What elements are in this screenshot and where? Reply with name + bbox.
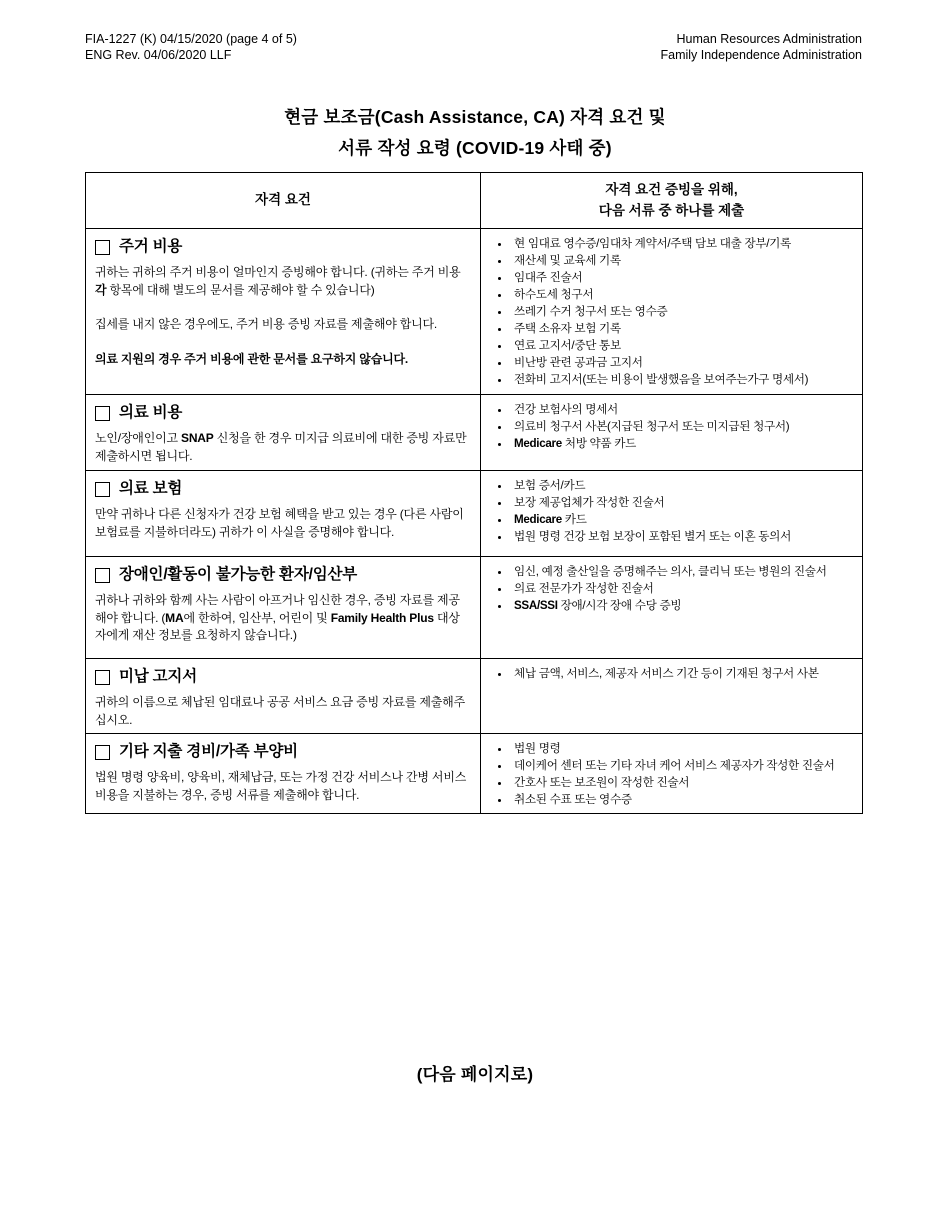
requirement-paragraph: 법원 명령 양육비, 양육비, 재체납금, 또는 가정 건강 서비스나 간병 서… — [95, 769, 470, 805]
document-item: 전화비 고지서(또는 비용이 발생했음을 보여주는가구 명세서) — [511, 372, 856, 388]
table-row-medical-insurance: 의료 보험만약 귀하나 다른 신청자가 건강 보험 혜택을 받고 있는 경우 (… — [86, 471, 863, 557]
document-item: 임대주 진술서 — [511, 270, 856, 286]
text-segment: 주택 소유자 보험 기록 — [514, 322, 621, 335]
row-heading-label: 의료 보험 — [119, 478, 182, 501]
document-item: 하수도세 청구서 — [511, 287, 856, 303]
text-segment: 에 한하여, 임산부, 어린이 및 — [183, 611, 330, 625]
text-segment: 장애/시각 장애 수당 증빙 — [558, 599, 682, 612]
column-header-requirements: 자격 요건 — [86, 173, 481, 229]
document-list: 체납 금액, 서비스, 제공자 서비스 기간 등이 기재된 청구서 사본 — [481, 666, 856, 682]
column-header-documents-line1: 자격 요건 증빙을 위해, — [481, 180, 862, 200]
table-row-medical-costs: 의료 비용노인/장애인이고 SNAP 신청을 한 경우 미지급 의료비에 대한 … — [86, 395, 863, 471]
row-heading: 주거 비용 — [95, 236, 470, 259]
document-list: 법원 명령데이케어 센터 또는 기타 자녀 케어 서비스 제공자가 작성한 진술… — [481, 741, 856, 808]
row-heading-label: 의료 비용 — [119, 402, 182, 425]
documents-cell-housing-costs: 현 임대료 영수증/임대차 계약서/주택 담보 대출 장부/기록재산세 및 교육… — [481, 229, 863, 395]
text-segment: 연료 고지서/중단 통보 — [514, 339, 621, 352]
form-number: FIA-1227 (K) 04/15/2020 (page 4 of 5) — [85, 32, 297, 48]
document-item: 체납 금액, 서비스, 제공자 서비스 기간 등이 기재된 청구서 사본 — [511, 666, 856, 682]
document-item: 의료 전문가가 작성한 진술서 — [511, 581, 856, 597]
document-page: FIA-1227 (K) 04/15/2020 (page 4 of 5) EN… — [0, 0, 950, 1230]
medical-insurance-checkbox[interactable] — [95, 482, 110, 497]
document-list: 보험 증서/카드보장 제공업체가 작성한 진술서Medicare 카드법원 명령… — [481, 478, 856, 545]
bold-text-segment: SNAP — [181, 431, 214, 445]
document-item: 쓰레기 수거 청구서 또는 영수증 — [511, 304, 856, 320]
requirement-cell-medical-costs: 의료 비용노인/장애인이고 SNAP 신청을 한 경우 미지급 의료비에 대한 … — [86, 395, 481, 471]
text-segment: 취소된 수표 또는 영수증 — [514, 793, 632, 806]
text-segment: 임신, 예정 출산일을 증명해주는 의사, 클리닉 또는 병원의 진술서 — [514, 565, 827, 578]
document-item: 간호사 또는 보조원이 작성한 진술서 — [511, 775, 856, 791]
document-item: 데이케어 센터 또는 기타 자녀 케어 서비스 제공자가 작성한 진술서 — [511, 758, 856, 774]
requirement-paragraph: 귀하는 귀하의 주거 비용이 얼마인지 증빙해야 합니다. (귀하는 주거 비용… — [95, 264, 470, 300]
text-segment: 건강 보험사의 명세서 — [514, 403, 618, 416]
text-segment: 법원 명령 건강 보험 보장이 포함된 별거 또는 이혼 동의서 — [514, 530, 791, 543]
text-segment: 노인/장애인이고 — [95, 431, 181, 445]
text-segment: 전화비 고지서(또는 비용이 발생했음을 보여주는가구 명세서) — [514, 373, 808, 386]
table-row-unpaid-bills: 미납 고지서귀하의 이름으로 체납된 임대료나 공공 서비스 요금 증빙 자료를… — [86, 659, 863, 734]
document-header: FIA-1227 (K) 04/15/2020 (page 4 of 5) EN… — [85, 32, 862, 63]
bold-text-segment: SSA/SSI — [514, 599, 558, 612]
text-segment: 쓰레기 수거 청구서 또는 영수증 — [514, 305, 667, 318]
form-revision: ENG Rev. 04/06/2020 LLF — [85, 48, 297, 64]
requirement-paragraph: 귀하의 이름으로 체납된 임대료나 공공 서비스 요금 증빙 자료를 제출해주십… — [95, 694, 470, 730]
documents-cell-other-expenses-family-support: 법원 명령데이케어 센터 또는 기타 자녀 케어 서비스 제공자가 작성한 진술… — [481, 734, 863, 814]
text-segment: 귀하의 이름으로 체납된 임대료나 공공 서비스 요금 증빙 자료를 제출해주십… — [95, 695, 465, 727]
document-item: 주택 소유자 보험 기록 — [511, 321, 856, 337]
text-segment: 체납 금액, 서비스, 제공자 서비스 기간 등이 기재된 청구서 사본 — [514, 667, 819, 680]
requirement-paragraph: 의료 지원의 경우 주거 비용에 관한 문서를 요구하지 않습니다. — [95, 351, 470, 369]
text-segment: 귀하는 귀하의 주거 비용이 얼마인지 증빙해야 합니다. (귀하는 주거 비용 — [95, 265, 461, 279]
agency-name-line2: Family Independence Administration — [660, 48, 862, 64]
requirements-table: 자격 요건 자격 요건 증빙을 위해, 다음 서류 중 하나를 제출 주거 비용… — [85, 172, 863, 814]
document-list: 건강 보험사의 명세서의료비 청구서 사본(지급된 청구서 또는 미지급된 청구… — [481, 402, 856, 452]
document-item: SSA/SSI 장애/시각 장애 수당 증빙 — [511, 598, 856, 614]
requirements-table-body: 주거 비용귀하는 귀하의 주거 비용이 얼마인지 증빙해야 합니다. (귀하는 … — [86, 229, 863, 814]
text-segment: 처방 약품 카드 — [562, 437, 636, 450]
medical-costs-checkbox[interactable] — [95, 406, 110, 421]
text-segment: 법원 명령 양육비, 양육비, 재체납금, 또는 가정 건강 서비스나 간병 서… — [95, 770, 466, 802]
text-segment: 보장 제공업체가 작성한 진술서 — [514, 496, 664, 509]
document-item: 건강 보험사의 명세서 — [511, 402, 856, 418]
document-item: 비난방 관련 공과금 고지서 — [511, 355, 856, 371]
document-item: 연료 고지서/중단 통보 — [511, 338, 856, 354]
document-item: Medicare 카드 — [511, 512, 856, 528]
text-segment: 비난방 관련 공과금 고지서 — [514, 356, 643, 369]
text-segment: 의료 전문가가 작성한 진술서 — [514, 582, 654, 595]
row-heading-label: 기타 지출 경비/가족 부양비 — [119, 741, 298, 764]
document-item: 법원 명령 — [511, 741, 856, 757]
row-heading: 의료 보험 — [95, 478, 470, 501]
table-row-other-expenses-family-support: 기타 지출 경비/가족 부양비법원 명령 양육비, 양육비, 재체납금, 또는 … — [86, 734, 863, 814]
text-segment: 보험 증서/카드 — [514, 479, 585, 492]
text-segment: 임대주 진술서 — [514, 271, 582, 284]
text-segment: 만약 귀하나 다른 신청자가 건강 보험 혜택을 받고 있는 경우 (다른 사람… — [95, 507, 464, 539]
other-expenses-family-support-checkbox[interactable] — [95, 745, 110, 760]
row-heading: 장애인/활동이 불가능한 환자/임산부 — [95, 564, 470, 587]
requirement-paragraph: 만약 귀하나 다른 신청자가 건강 보험 혜택을 받고 있는 경우 (다른 사람… — [95, 506, 470, 542]
requirement-cell-disabled-incapacitated-pregnant: 장애인/활동이 불가능한 환자/임산부귀하나 귀하와 함께 사는 사람이 아프거… — [86, 557, 481, 659]
bold-text-segment: 의료 지원의 경우 주거 비용에 관한 문서를 요구하지 않습니다. — [95, 352, 408, 366]
agency-block: Human Resources Administration Family In… — [660, 32, 862, 63]
document-item: 취소된 수표 또는 영수증 — [511, 792, 856, 808]
row-heading: 의료 비용 — [95, 402, 470, 425]
text-segment: 항목에 대해 별도의 문서를 제공해야 할 수 있습니다) — [106, 283, 374, 297]
text-segment: 간호사 또는 보조원이 작성한 진술서 — [514, 776, 689, 789]
requirement-cell-unpaid-bills: 미납 고지서귀하의 이름으로 체납된 임대료나 공공 서비스 요금 증빙 자료를… — [86, 659, 481, 734]
text-segment: 법원 명령 — [514, 742, 561, 755]
requirement-cell-housing-costs: 주거 비용귀하는 귀하의 주거 비용이 얼마인지 증빙해야 합니다. (귀하는 … — [86, 229, 481, 395]
documents-cell-medical-insurance: 보험 증서/카드보장 제공업체가 작성한 진술서Medicare 카드법원 명령… — [481, 471, 863, 557]
table-header-row: 자격 요건 자격 요건 증빙을 위해, 다음 서류 중 하나를 제출 — [86, 173, 863, 229]
documents-cell-unpaid-bills: 체납 금액, 서비스, 제공자 서비스 기간 등이 기재된 청구서 사본 — [481, 659, 863, 734]
requirement-cell-medical-insurance: 의료 보험만약 귀하나 다른 신청자가 건강 보험 혜택을 받고 있는 경우 (… — [86, 471, 481, 557]
document-item: 보장 제공업체가 작성한 진술서 — [511, 495, 856, 511]
text-segment: 하수도세 청구서 — [514, 288, 593, 301]
form-id-block: FIA-1227 (K) 04/15/2020 (page 4 of 5) EN… — [85, 32, 297, 63]
text-segment: 카드 — [562, 513, 587, 526]
disabled-incapacitated-pregnant-checkbox[interactable] — [95, 568, 110, 583]
next-page-note: (다음 페이지로) — [0, 1060, 950, 1085]
bold-text-segment: Family Health Plus — [331, 611, 434, 625]
page-title-line2: 서류 작성 요령 (COVID-19 사태 중) — [0, 133, 950, 164]
documents-cell-medical-costs: 건강 보험사의 명세서의료비 청구서 사본(지급된 청구서 또는 미지급된 청구… — [481, 395, 863, 471]
document-list: 현 임대료 영수증/임대차 계약서/주택 담보 대출 장부/기록재산세 및 교육… — [481, 236, 856, 388]
column-header-documents: 자격 요건 증빙을 위해, 다음 서류 중 하나를 제출 — [481, 173, 863, 229]
table-row-disabled-incapacitated-pregnant: 장애인/활동이 불가능한 환자/임산부귀하나 귀하와 함께 사는 사람이 아프거… — [86, 557, 863, 659]
requirement-cell-other-expenses-family-support: 기타 지출 경비/가족 부양비법원 명령 양육비, 양육비, 재체납금, 또는 … — [86, 734, 481, 814]
text-segment: 집세를 내지 않은 경우에도, 주거 비용 증빙 자료를 제출해야 합니다. — [95, 317, 437, 331]
agency-name-line1: Human Resources Administration — [660, 32, 862, 48]
text-segment: 현 임대료 영수증/임대차 계약서/주택 담보 대출 장부/기록 — [514, 237, 791, 250]
requirement-paragraph: 노인/장애인이고 SNAP 신청을 한 경우 미지급 의료비에 대한 증빙 자료… — [95, 430, 470, 466]
column-header-documents-line2: 다음 서류 중 하나를 제출 — [481, 201, 862, 221]
text-segment: 데이케어 센터 또는 기타 자녀 케어 서비스 제공자가 작성한 진술서 — [514, 759, 835, 772]
bold-text-segment: 각 — [95, 283, 106, 297]
housing-costs-checkbox[interactable] — [95, 240, 110, 255]
bold-text-segment: Medicare — [514, 513, 562, 526]
row-heading-label: 미납 고지서 — [119, 666, 197, 689]
row-heading: 미납 고지서 — [95, 666, 470, 689]
bold-text-segment: MA — [165, 611, 183, 625]
document-item: 재산세 및 교육세 기록 — [511, 253, 856, 269]
document-item: 임신, 예정 출산일을 증명해주는 의사, 클리닉 또는 병원의 진술서 — [511, 564, 856, 580]
documents-cell-disabled-incapacitated-pregnant: 임신, 예정 출산일을 증명해주는 의사, 클리닉 또는 병원의 진술서의료 전… — [481, 557, 863, 659]
row-heading-label: 장애인/활동이 불가능한 환자/임산부 — [119, 564, 357, 587]
requirement-paragraph: 집세를 내지 않은 경우에도, 주거 비용 증빙 자료를 제출해야 합니다. — [95, 316, 470, 334]
document-item: 법원 명령 건강 보험 보장이 포함된 별거 또는 이혼 동의서 — [511, 529, 856, 545]
requirement-paragraph: 귀하나 귀하와 함께 사는 사람이 아프거나 임신한 경우, 증빙 자료를 제공… — [95, 592, 470, 645]
document-list: 임신, 예정 출산일을 증명해주는 의사, 클리닉 또는 병원의 진술서의료 전… — [481, 564, 856, 614]
text-segment: 의료비 청구서 사본(지급된 청구서 또는 미지급된 청구서) — [514, 420, 789, 433]
document-item: Medicare 처방 약품 카드 — [511, 436, 856, 452]
page-title: 현금 보조금(Cash Assistance, CA) 자격 요건 및 서류 작… — [0, 102, 950, 163]
row-heading: 기타 지출 경비/가족 부양비 — [95, 741, 470, 764]
document-item: 현 임대료 영수증/임대차 계약서/주택 담보 대출 장부/기록 — [511, 236, 856, 252]
table-row-housing-costs: 주거 비용귀하는 귀하의 주거 비용이 얼마인지 증빙해야 합니다. (귀하는 … — [86, 229, 863, 395]
document-item: 의료비 청구서 사본(지급된 청구서 또는 미지급된 청구서) — [511, 419, 856, 435]
unpaid-bills-checkbox[interactable] — [95, 670, 110, 685]
bold-text-segment: Medicare — [514, 437, 562, 450]
page-title-line1: 현금 보조금(Cash Assistance, CA) 자격 요건 및 — [0, 102, 950, 133]
text-segment: 재산세 및 교육세 기록 — [514, 254, 621, 267]
document-item: 보험 증서/카드 — [511, 478, 856, 494]
row-heading-label: 주거 비용 — [119, 236, 182, 259]
